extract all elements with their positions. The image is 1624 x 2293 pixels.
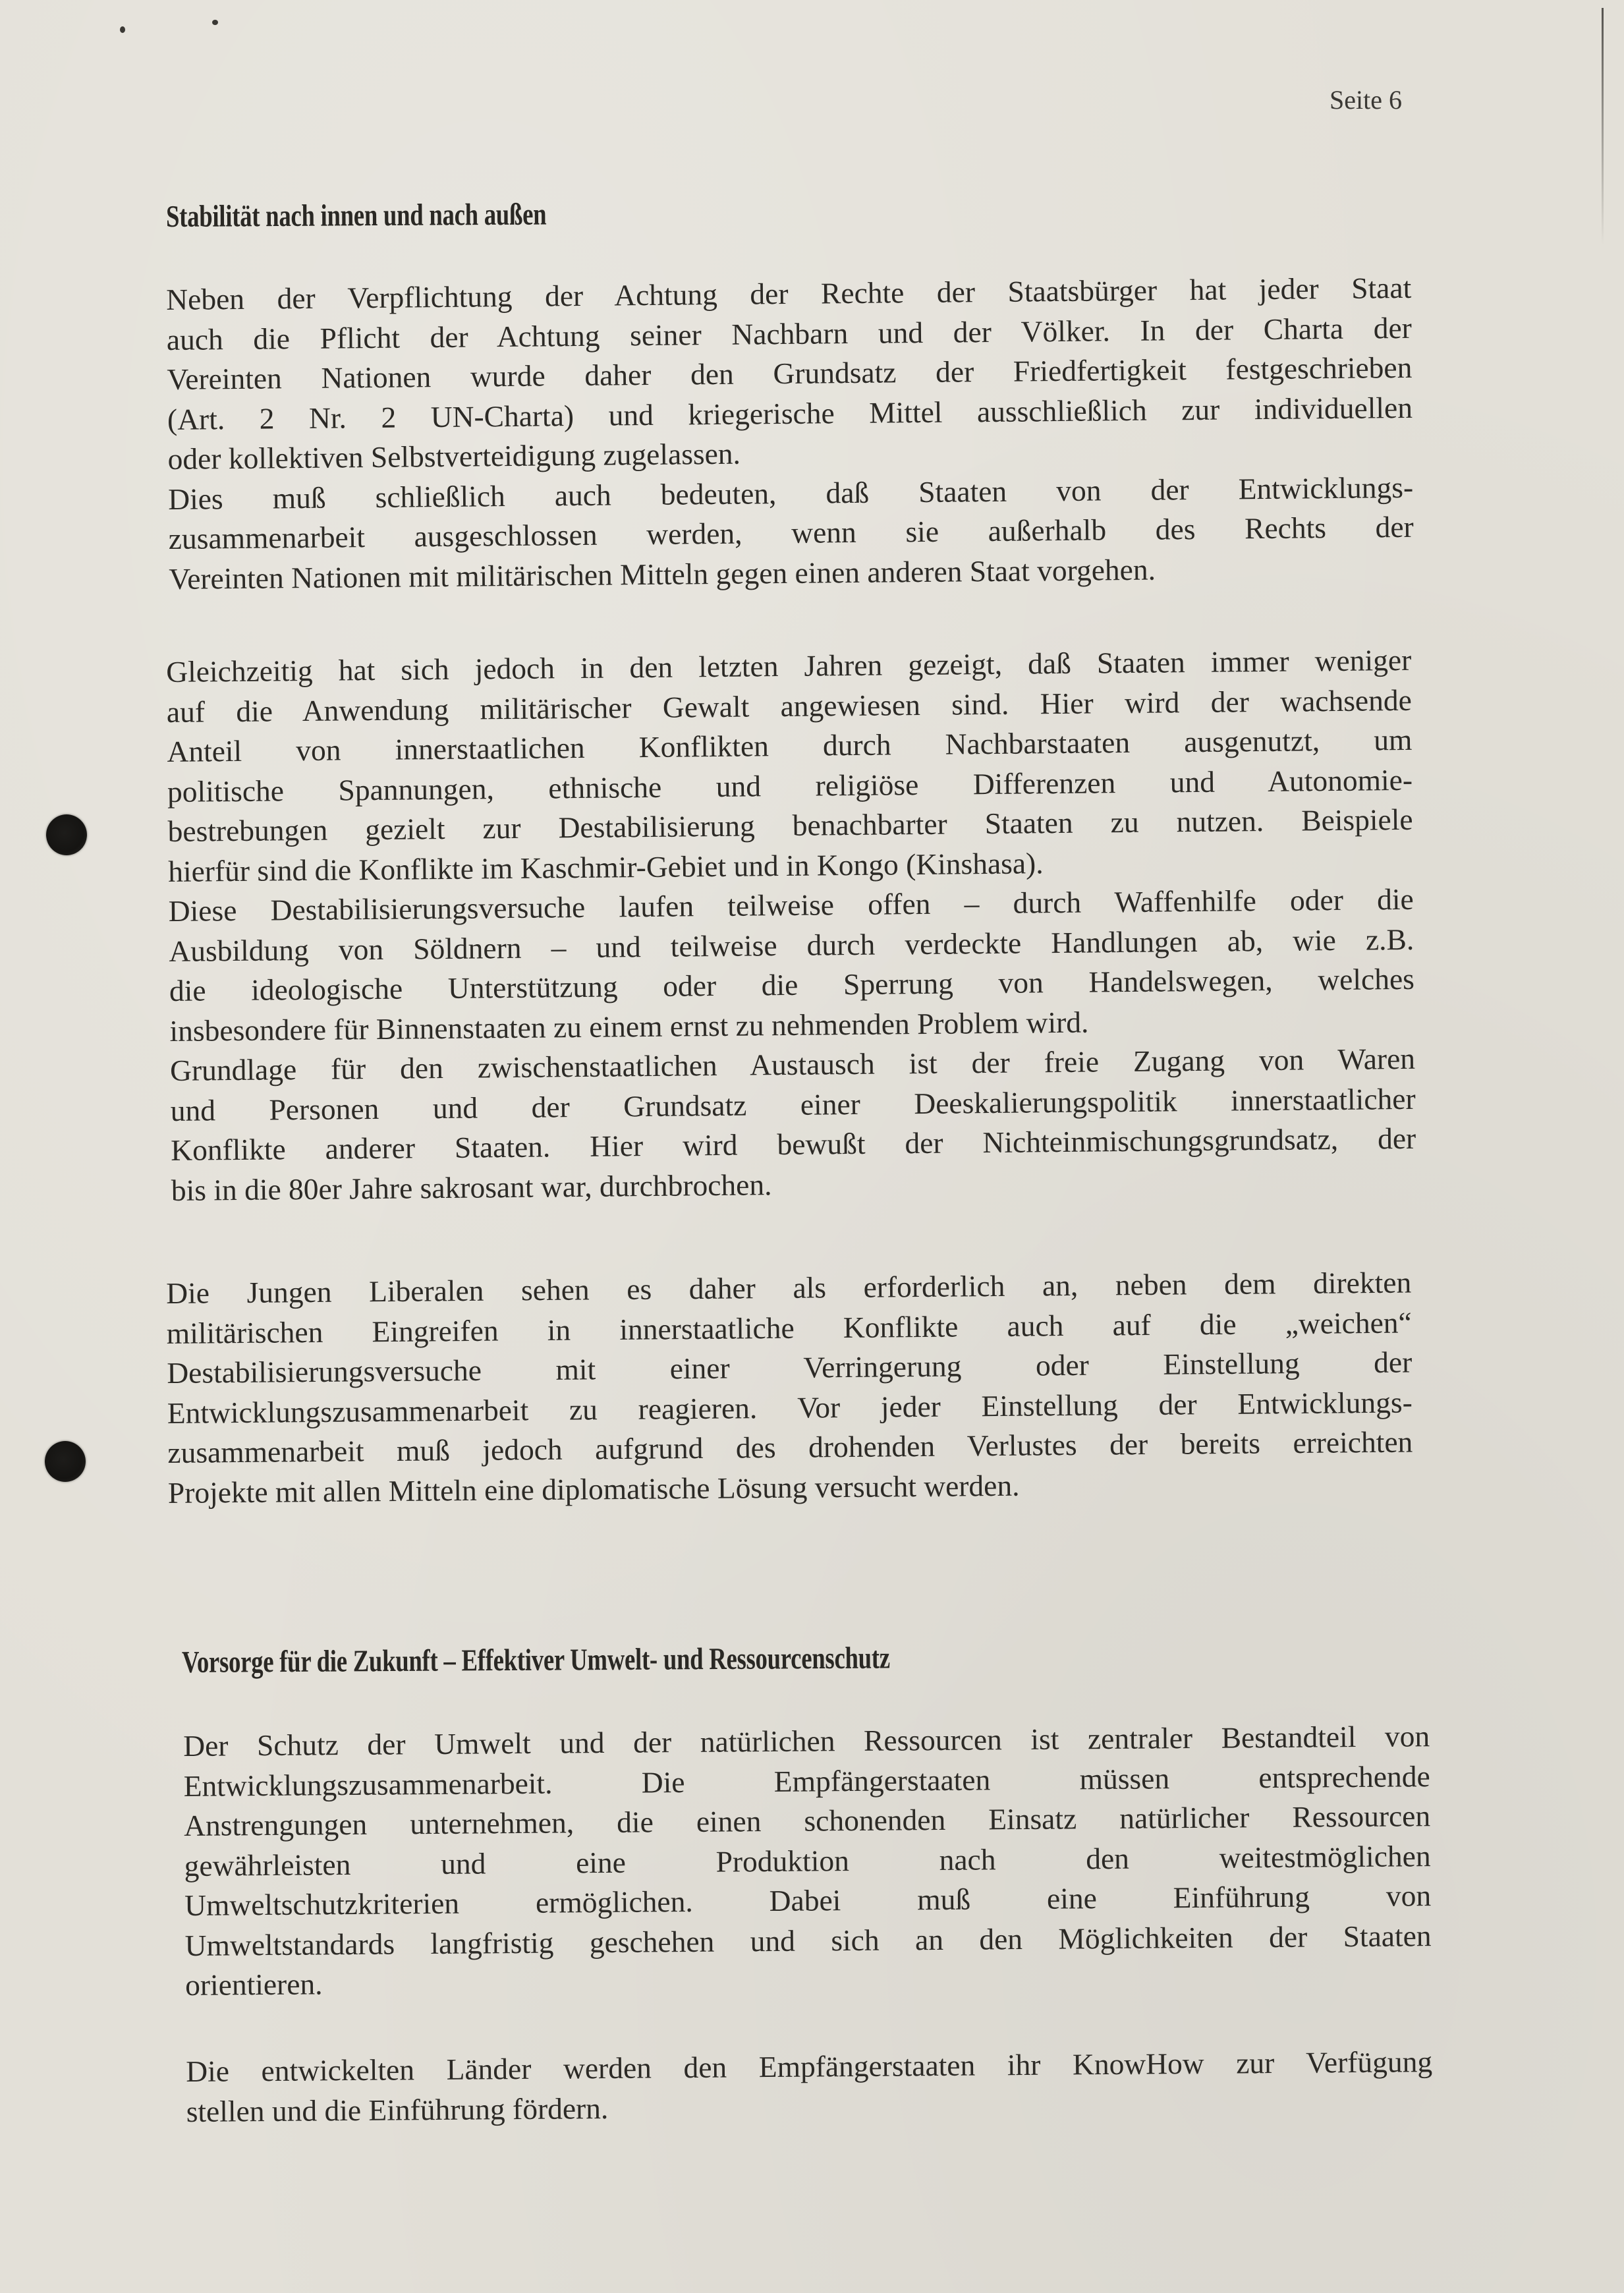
- punch-hole-bottom: [45, 1441, 86, 1482]
- paragraph-jungen-liberalen: Die Jungen Liberalen sehen es daher als …: [166, 1263, 1413, 1513]
- punch-hole-top: [46, 814, 87, 855]
- scan-speck: [212, 20, 218, 25]
- paragraph-destabilization: Gleichzeitig hat sich jedoch in den letz…: [166, 640, 1416, 1210]
- paragraph-knowhow: Die entwickelten Länder werden den Empfä…: [186, 2042, 1433, 2132]
- scanned-page: Seite 6 Stabilität nach innen und nach a…: [0, 0, 1624, 2293]
- paragraph-respect-of-neighbours: Neben der Verpflichtung der Achtung der …: [166, 268, 1414, 599]
- scan-speck: [120, 26, 125, 33]
- paragraph-environment-protection: Der Schutz der Umwelt und der natürliche…: [183, 1716, 1432, 2005]
- page-number: Seite 6: [1330, 84, 1402, 115]
- section-heading-stability: Stabilität nach innen und nach außen: [166, 196, 547, 235]
- section-heading-environment: Vorsorge für die Zukunft – Effektiver Um…: [182, 1640, 890, 1680]
- page-edge-shadow: [1602, 8, 1604, 245]
